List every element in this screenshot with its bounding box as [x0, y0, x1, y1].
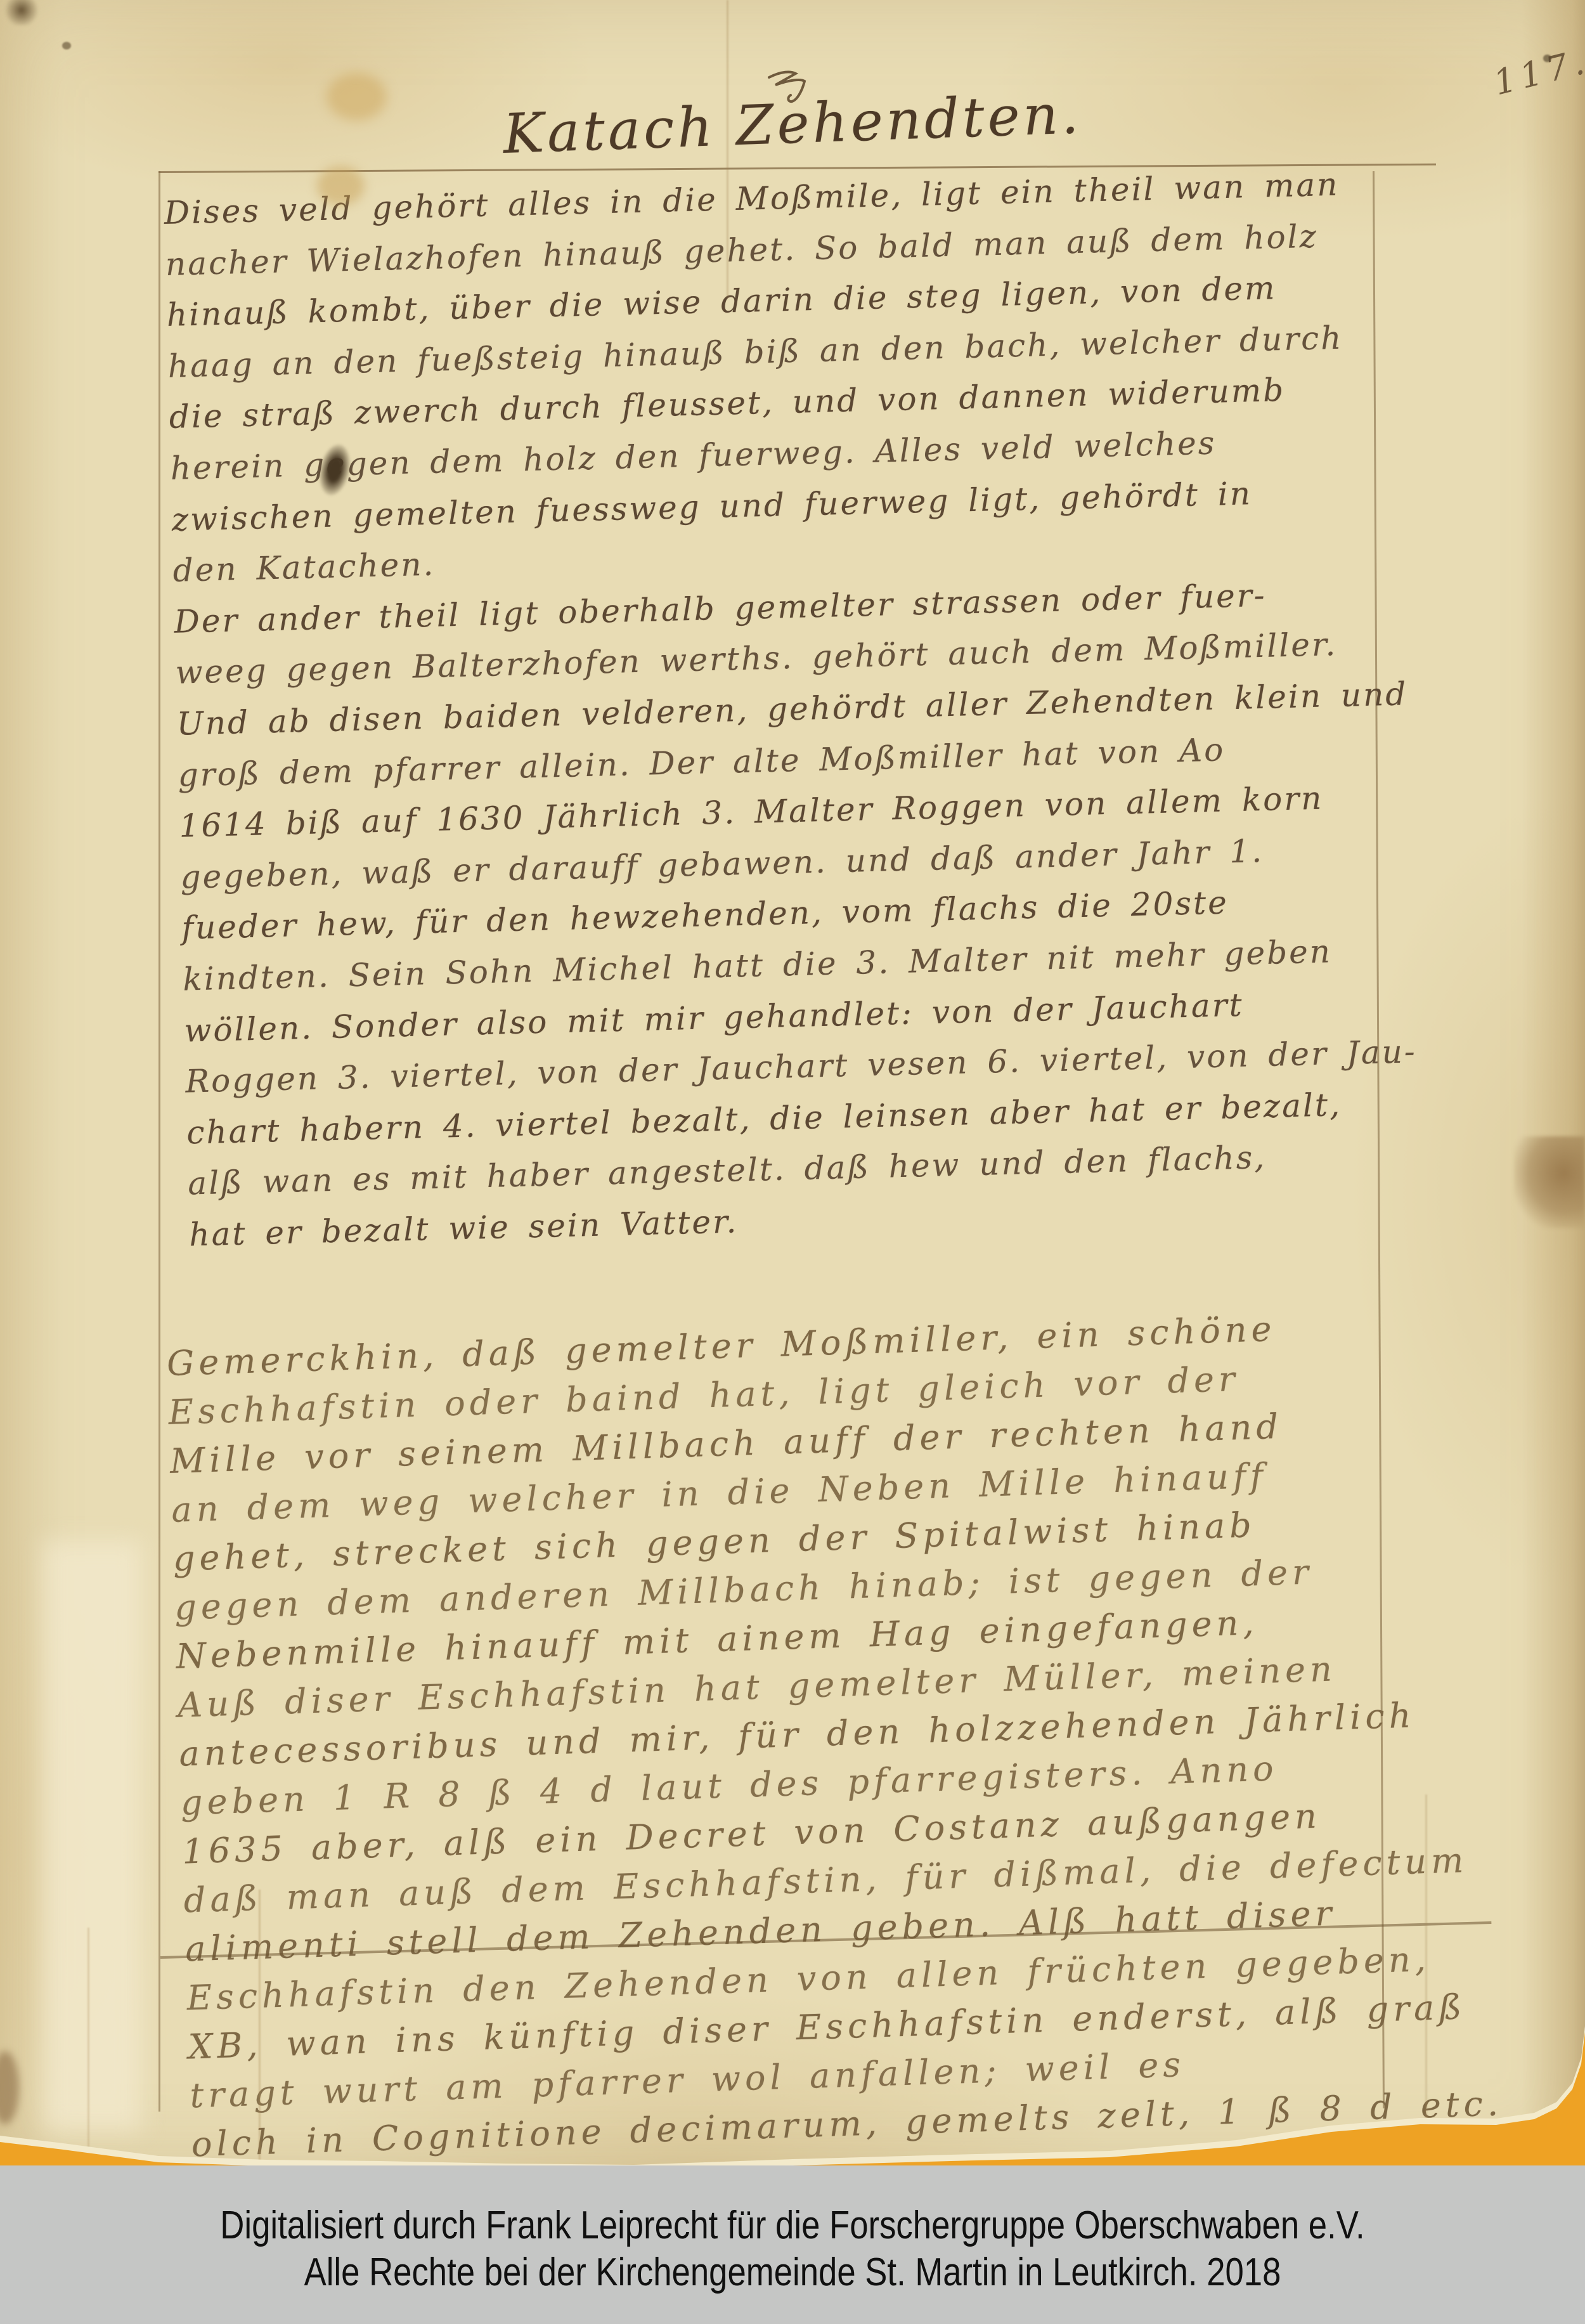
caption-line-2: Alle Rechte bei der Kirchengemeinde St. …: [119, 2249, 1466, 2296]
edge-smudge-stain: [1514, 1136, 1585, 1228]
folio-page-number: 117.: [1490, 41, 1585, 103]
ink-speck: [62, 42, 71, 49]
caption-band: Digitalisiert durch Frank Leiprecht für …: [0, 2165, 1585, 2324]
ruled-frame-left-line: [158, 171, 160, 2112]
paper-crease: [87, 1928, 89, 2156]
manuscript-section-2: Gemerckhin, daß gemelter Moßmiller, ein …: [166, 1298, 1503, 2169]
paper-stain: [327, 73, 387, 120]
manuscript-page: Katach Zehendten. 117. Dises veld gehört…: [0, 0, 1585, 2169]
page-heading: Katach Zehendten.: [502, 82, 1083, 166]
manuscript-section-1: Dises veld gehört alles in die Moßmile, …: [164, 158, 1421, 1261]
caption-line-1: Digitalisiert durch Frank Leiprecht für …: [119, 2202, 1466, 2249]
scanned-manuscript-view: Katach Zehendten. 117. Dises veld gehört…: [0, 0, 1585, 2324]
bottom-left-stain: [0, 2051, 19, 2124]
corner-stain: [3, 0, 41, 25]
pale-repair-strip: [43, 1541, 141, 2131]
